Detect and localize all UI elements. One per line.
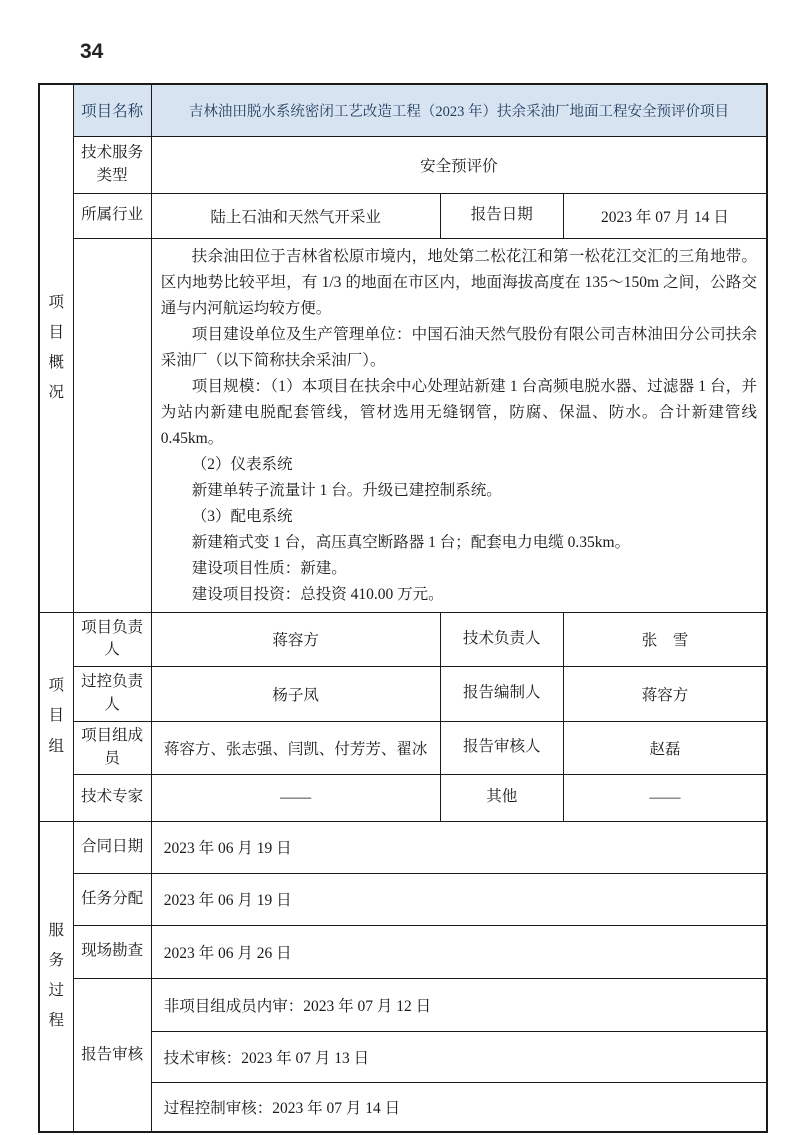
overview-paragraph: （3）配电系统 [161, 504, 757, 530]
service-type-value: 安全预评价 [151, 136, 767, 193]
table-row: 技术专家 —— 其他 —— [39, 774, 767, 821]
section-label-team-text: 项目组 [48, 671, 65, 762]
overview-paragraph: 新建箱式变 1 台，高压真空断路器 1 台；配套电力电缆 0.35km。 [161, 530, 757, 556]
table-row: 所属行业 陆上石油和天然气开采业 报告日期 2023 年 07 月 14 日 [39, 193, 767, 238]
overview-paragraph: 项目建设单位及生产管理单位：中国石油天然气股份有限公司吉林油田分公司扶余采油厂（… [161, 322, 757, 374]
tech-expert-label: 技术专家 [73, 774, 151, 821]
project-overview-text: 扶余油田位于吉林省松原市境内，地处第二松花江和第一松花江交汇的三角地带。区内地势… [151, 238, 767, 612]
overview-spacer-cell [73, 238, 151, 612]
project-record-table: 项目概况 项目名称 吉林油田脱水系统密闭工艺改造工程（2023 年）扶余采油厂地… [38, 83, 768, 1133]
report-reviewer-value: 赵磊 [563, 721, 767, 774]
report-review-internal: 非项目组成员内审：2023 年 07 月 12 日 [151, 978, 767, 1031]
report-review-technical: 技术审核：2023 年 07 月 13 日 [151, 1031, 767, 1082]
overview-paragraph: 建设项目性质：新建。 [161, 556, 757, 582]
project-name-value: 吉林油田脱水系统密闭工艺改造工程（2023 年）扶余采油厂地面工程安全预评价项目 [151, 84, 767, 136]
section-label-overview-text: 项目概况 [48, 288, 65, 409]
overview-paragraph: 扶余油田位于吉林省松原市境内，地处第二松花江和第一松花江交汇的三角地带。区内地势… [161, 244, 757, 322]
report-date-value: 2023 年 07 月 14 日 [563, 193, 767, 238]
process-control-leader-value: 杨子凤 [151, 666, 440, 721]
other-value: —— [563, 774, 767, 821]
table-row: 项目概况 项目名称 吉林油田脱水系统密闭工艺改造工程（2023 年）扶余采油厂地… [39, 84, 767, 136]
service-type-label: 技术服务类型 [73, 136, 151, 193]
table-row: 项目组成员 蒋容方、张志强、闫凯、付芳芳、翟冰 报告审核人 赵磊 [39, 721, 767, 774]
process-control-leader-label: 过控负责人 [73, 666, 151, 721]
contract-date-label: 合同日期 [73, 821, 151, 873]
section-label-overview: 项目概况 [39, 84, 73, 612]
project-leader-label: 项目负责人 [73, 612, 151, 666]
table-row: 技术服务类型 安全预评价 [39, 136, 767, 193]
industry-label: 所属行业 [73, 193, 151, 238]
team-members-value: 蒋容方、张志强、闫凯、付芳芳、翟冰 [151, 721, 440, 774]
team-members-label: 项目组成员 [73, 721, 151, 774]
table-row: 项目组 项目负责人 蒋容方 技术负责人 张 雪 [39, 612, 767, 666]
industry-value: 陆上石油和天然气开采业 [151, 193, 440, 238]
table-row: 任务分配 2023 年 06 月 19 日 [39, 873, 767, 925]
section-label-process: 服务过程 [39, 821, 73, 1132]
report-reviewer-label: 报告审核人 [440, 721, 563, 774]
task-assignment-value: 2023 年 06 月 19 日 [151, 873, 767, 925]
table-row: 报告审核 非项目组成员内审：2023 年 07 月 12 日 [39, 978, 767, 1031]
overview-paragraph: 项目规模：（1）本项目在扶余中心处理站新建 1 台高频电脱水器、过滤器 1 台，… [161, 374, 757, 452]
site-survey-value: 2023 年 06 月 26 日 [151, 925, 767, 978]
section-label-team: 项目组 [39, 612, 73, 821]
section-label-process-text: 服务过程 [48, 916, 65, 1037]
table-row: 扶余油田位于吉林省松原市境内，地处第二松花江和第一松花江交汇的三角地带。区内地势… [39, 238, 767, 612]
table-row: 服务过程 合同日期 2023 年 06 月 19 日 [39, 821, 767, 873]
overview-paragraph: （2）仪表系统 [161, 452, 757, 478]
overview-paragraphs: 扶余油田位于吉林省松原市境内，地处第二松花江和第一松花江交汇的三角地带。区内地势… [161, 244, 757, 608]
report-review-label: 报告审核 [73, 978, 151, 1132]
project-leader-value: 蒋容方 [151, 612, 440, 666]
report-review-process-control: 过程控制审核：2023 年 07 月 14 日 [151, 1082, 767, 1132]
project-name-label: 项目名称 [73, 84, 151, 136]
overview-paragraph: 建设项目投资：总投资 410.00 万元。 [161, 582, 757, 608]
tech-expert-value: —— [151, 774, 440, 821]
report-date-label: 报告日期 [440, 193, 563, 238]
other-label: 其他 [440, 774, 563, 821]
report-writer-value: 蒋容方 [563, 666, 767, 721]
task-assignment-label: 任务分配 [73, 873, 151, 925]
page-number: 34 [80, 40, 103, 64]
tech-leader-value: 张 雪 [563, 612, 767, 666]
table-row: 现场勘查 2023 年 06 月 26 日 [39, 925, 767, 978]
table-row: 过控负责人 杨子凤 报告编制人 蒋容方 [39, 666, 767, 721]
overview-paragraph: 新建单转子流量计 1 台。升级已建控制系统。 [161, 478, 757, 504]
contract-date-value: 2023 年 06 月 19 日 [151, 821, 767, 873]
report-writer-label: 报告编制人 [440, 666, 563, 721]
site-survey-label: 现场勘查 [73, 925, 151, 978]
tech-leader-label: 技术负责人 [440, 612, 563, 666]
